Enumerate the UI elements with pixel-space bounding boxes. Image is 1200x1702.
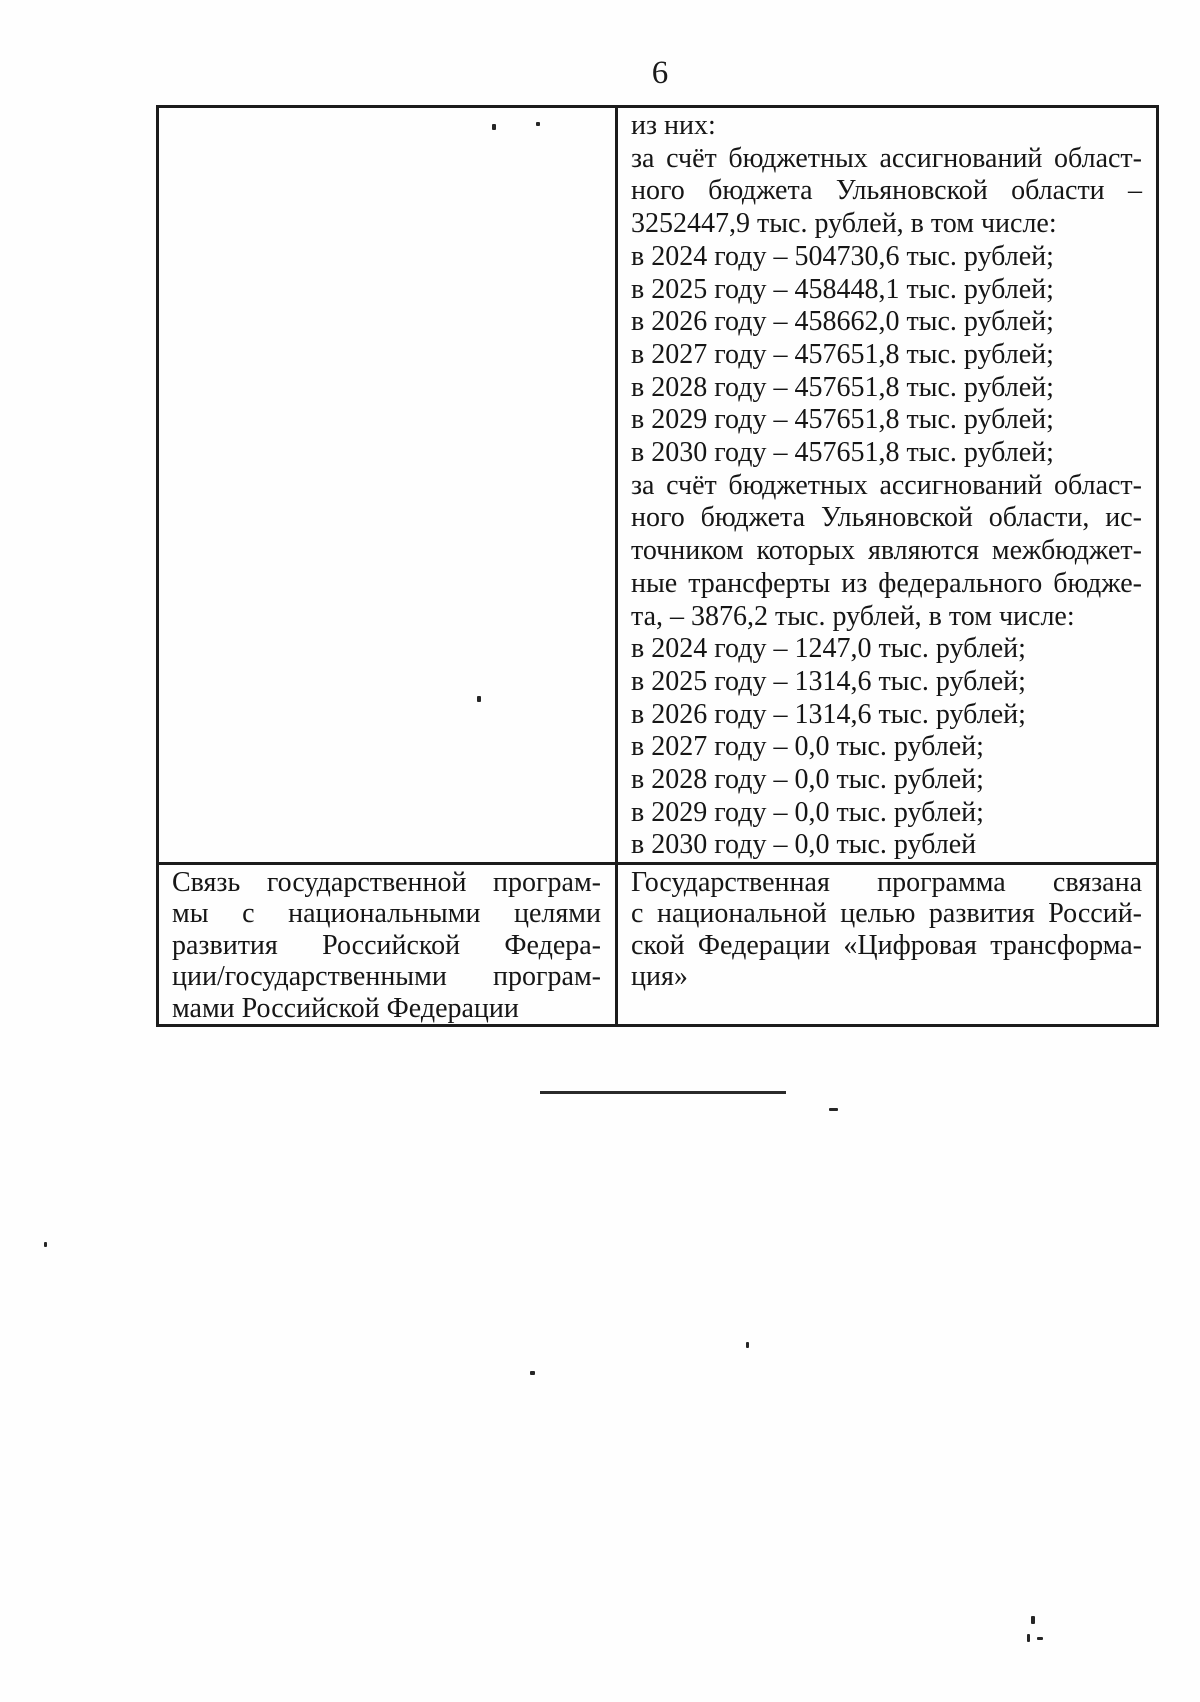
program-passport-table: из них: за счёт бюджетных ассигнований о… (156, 105, 1159, 1027)
scan-artifact (492, 124, 496, 130)
table-text-line: 3252447,9 тыс. рублей, в том числе: (631, 208, 1142, 241)
scan-artifact (1031, 1616, 1035, 1624)
table-text-line: Государственная программа связана (631, 867, 1142, 898)
table-text-line: ции/государственными програм- (172, 961, 601, 992)
table-text-line: мами Российской Федерации (172, 993, 601, 1024)
table-text-line: в 2029 году – 457651,8 тыс. рублей; (631, 404, 1142, 437)
table-text-line: ного бюджета Ульяновской области – (631, 175, 1142, 208)
scan-artifact (536, 122, 540, 126)
scan-artifact (530, 1371, 535, 1375)
table-text-line: из них: (631, 110, 1142, 143)
cell-row1-right-budget-text: из них: за счёт бюджетных ассигнований о… (618, 108, 1156, 862)
table-text-line: точником которых являются межбюджет- (631, 535, 1142, 568)
table-text-line: за счёт бюджетных ассигнований област- (631, 470, 1142, 503)
table-text-line: в 2028 году – 457651,8 тыс. рублей; (631, 372, 1142, 405)
table-row-budget: из них: за счёт бюджетных ассигнований о… (159, 108, 1156, 865)
cell-row2-right-value: Государственная программа связана с наци… (618, 865, 1156, 1024)
table-text-line: в 2027 году – 457651,8 тыс. рублей; (631, 339, 1142, 372)
table-text-line: ция» (631, 961, 1142, 992)
table-text-line: в 2025 году – 458448,1 тыс. рублей; (631, 274, 1142, 307)
table-text-line: за счёт бюджетных ассигнований област- (631, 143, 1142, 176)
document-page: 6 из них: за счёт бюджетных ассигнований… (0, 0, 1200, 1702)
table-text-line: ные трансферты из федерального бюдже- (631, 568, 1142, 601)
cell-row1-left-empty (159, 108, 618, 862)
table-text-line: Связь государственной програм- (172, 867, 601, 898)
table-text-line: в 2025 году – 1314,6 тыс. рублей; (631, 666, 1142, 699)
scan-artifact (1027, 1634, 1030, 1642)
table-text-line: в 2024 году – 1247,0 тыс. рублей; (631, 633, 1142, 666)
scan-artifact (477, 696, 481, 702)
table-text-line: в 2028 году – 0,0 тыс. рублей; (631, 764, 1142, 797)
page-number: 6 (630, 56, 690, 90)
table-text-line: в 2029 году – 0,0 тыс. рублей; (631, 797, 1142, 830)
table-text-line: ного бюджета Ульяновской области, ис- (631, 502, 1142, 535)
table-text-line: с национальной целью развития Россий- (631, 898, 1142, 929)
table-text-line: в 2027 году – 0,0 тыс. рублей; (631, 731, 1142, 764)
table-text-line: в 2030 году – 457651,8 тыс. рублей; (631, 437, 1142, 470)
table-text-line: в 2026 году – 1314,6 тыс. рублей; (631, 699, 1142, 732)
scan-artifact (829, 1108, 838, 1111)
cell-row2-left-label: Связь государственной програм- мы с наци… (159, 865, 618, 1024)
scan-artifact (44, 1242, 47, 1247)
table-row-national-goals: Связь государственной програм- мы с наци… (159, 865, 1156, 1024)
table-text-line: в 2030 году – 0,0 тыс. рублей (631, 829, 1142, 862)
table-text-line: в 2026 году – 458662,0 тыс. рублей; (631, 306, 1142, 339)
table-text-line: та, – 3876,2 тыс. рублей, в том числе: (631, 601, 1142, 634)
table-text-line: развития Российской Федера- (172, 930, 601, 961)
scan-artifact (746, 1342, 749, 1348)
scan-artifact (1037, 1637, 1043, 1640)
table-text-line: мы с национальными целями (172, 898, 601, 929)
footnote-separator (540, 1091, 786, 1094)
table-text-line: ской Федерации «Цифровая трансформа- (631, 930, 1142, 961)
table-text-line: в 2024 году – 504730,6 тыс. рублей; (631, 241, 1142, 274)
